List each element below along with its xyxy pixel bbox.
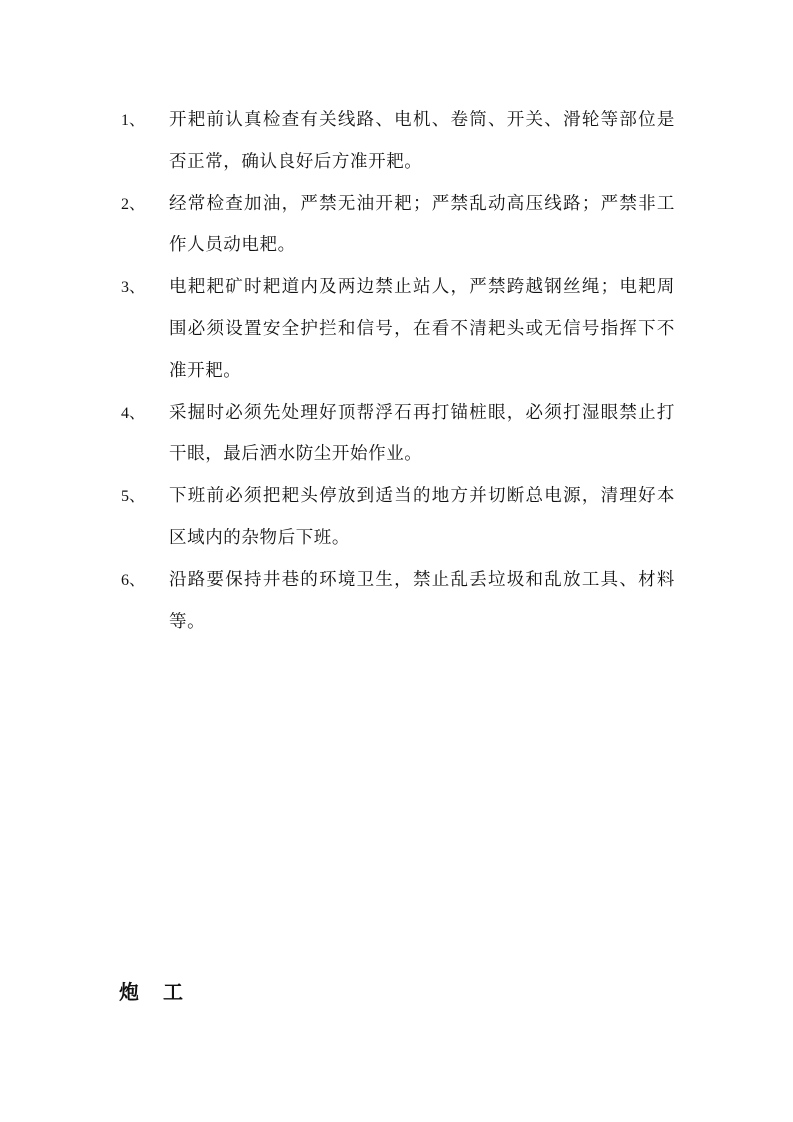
list-item: 6、 沿路要保持井巷的环境卫生，禁止乱丢垃圾和乱放工具、材料等。 bbox=[121, 560, 675, 644]
item-number: 6、 bbox=[121, 560, 145, 602]
list-item: 2、 经常检查加油，严禁无油开耙；严禁乱动高压线路；严禁非工作人员动电耙。 bbox=[121, 184, 675, 268]
safety-rules-list: 1、 开耙前认真检查有关线路、电机、卷筒、开关、滑轮等部位是否正常，确认良好后方… bbox=[121, 100, 681, 643]
list-item: 4、 采掘时必须先处理好顶帮浮石再打锚桩眼，必须打湿眼禁止打干眼，最后洒水防尘开… bbox=[121, 393, 675, 477]
item-number: 4、 bbox=[121, 393, 145, 435]
heading-char: 炮 bbox=[119, 976, 139, 1005]
item-text: 沿路要保持井巷的环境卫生，禁止乱丢垃圾和乱放工具、材料等。 bbox=[169, 570, 675, 632]
document-page: 1、 开耙前认真检查有关线路、电机、卷筒、开关、滑轮等部位是否正常，确认良好后方… bbox=[0, 0, 793, 1122]
item-number: 1、 bbox=[121, 100, 145, 142]
item-text: 经常检查加油，严禁无油开耙；严禁乱动高压线路；严禁非工作人员动电耙。 bbox=[169, 194, 675, 256]
item-text: 采掘时必须先处理好顶帮浮石再打锚桩眼，必须打湿眼禁止打干眼，最后洒水防尘开始作业… bbox=[169, 403, 675, 465]
item-number: 5、 bbox=[121, 476, 145, 518]
list-item: 5、 下班前必须把耙头停放到适当的地方并切断总电源，清理好本区域内的杂物后下班。 bbox=[121, 476, 675, 560]
section-heading: 炮工 bbox=[119, 976, 183, 1005]
item-number: 2、 bbox=[121, 184, 145, 226]
list-item: 1、 开耙前认真检查有关线路、电机、卷筒、开关、滑轮等部位是否正常，确认良好后方… bbox=[121, 100, 675, 184]
item-text: 电耙耙矿时耙道内及两边禁止站人，严禁跨越钢丝绳；电耙周围必须设置安全护拦和信号，… bbox=[169, 277, 675, 381]
heading-char: 工 bbox=[163, 976, 183, 1005]
item-text: 开耙前认真检查有关线路、电机、卷筒、开关、滑轮等部位是否正常，确认良好后方准开耙… bbox=[169, 110, 675, 172]
item-number: 3、 bbox=[121, 267, 145, 309]
item-text: 下班前必须把耙头停放到适当的地方并切断总电源，清理好本区域内的杂物后下班。 bbox=[169, 486, 675, 548]
list-item: 3、 电耙耙矿时耙道内及两边禁止站人，严禁跨越钢丝绳；电耙周围必须设置安全护拦和… bbox=[121, 267, 675, 392]
